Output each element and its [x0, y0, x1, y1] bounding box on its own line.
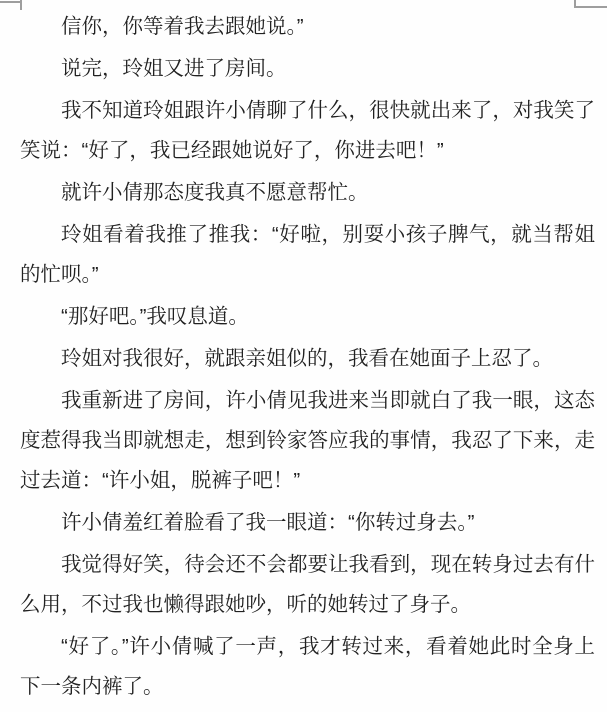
- paragraph: 玲姐看着我推了推我：“好啦，别耍小孩子脾气，就当帮姐的忙呗。”: [20, 215, 595, 295]
- document-page: 信你，你等着我去跟她说。”说完，玲姐又进了房间。我不知道玲姐跟许小倩聊了什么，很…: [0, 0, 607, 712]
- paragraph: 说完，玲姐又进了房间。: [20, 49, 595, 89]
- crop-mark-top-left-vertical: [20, 0, 22, 10]
- crop-mark-top-right-horizontal: [574, 6, 607, 8]
- paragraph: 我不知道玲姐跟许小倩聊了什么，很快就出来了，对我笑了笑说：“好了，我已经跟她说好…: [20, 91, 595, 171]
- paragraph: “那好吧。”我叹息道。: [20, 297, 595, 337]
- paragraph: 就许小倩那态度我真不愿意帮忙。: [20, 173, 595, 213]
- paragraph: 许小倩羞红着脸看了我一眼道：“你转过身去。”: [20, 503, 595, 543]
- story-text: 信你，你等着我去跟她说。”说完，玲姐又进了房间。我不知道玲姐跟许小倩聊了什么，很…: [0, 0, 607, 707]
- paragraph: 信你，你等着我去跟她说。”: [20, 7, 595, 47]
- paragraph: 我重新进了房间，许小倩见我进来当即就白了我一眼，这态度惹得我当即就想走，想到铃家…: [20, 381, 595, 501]
- paragraph: 玲姐对我很好，就跟亲姐似的，我看在她面子上忍了。: [20, 339, 595, 379]
- paragraph: 我觉得好笑，待会还不会都要让我看到，现在转身过去有什么用，不过我也懒得跟她吵，听…: [20, 545, 595, 625]
- crop-mark-top-left-horizontal: [0, 1, 22, 3]
- paragraph: “好了。”许小倩喊了一声，我才转过来，看着她此时全身上下一条内裤了。: [20, 627, 595, 707]
